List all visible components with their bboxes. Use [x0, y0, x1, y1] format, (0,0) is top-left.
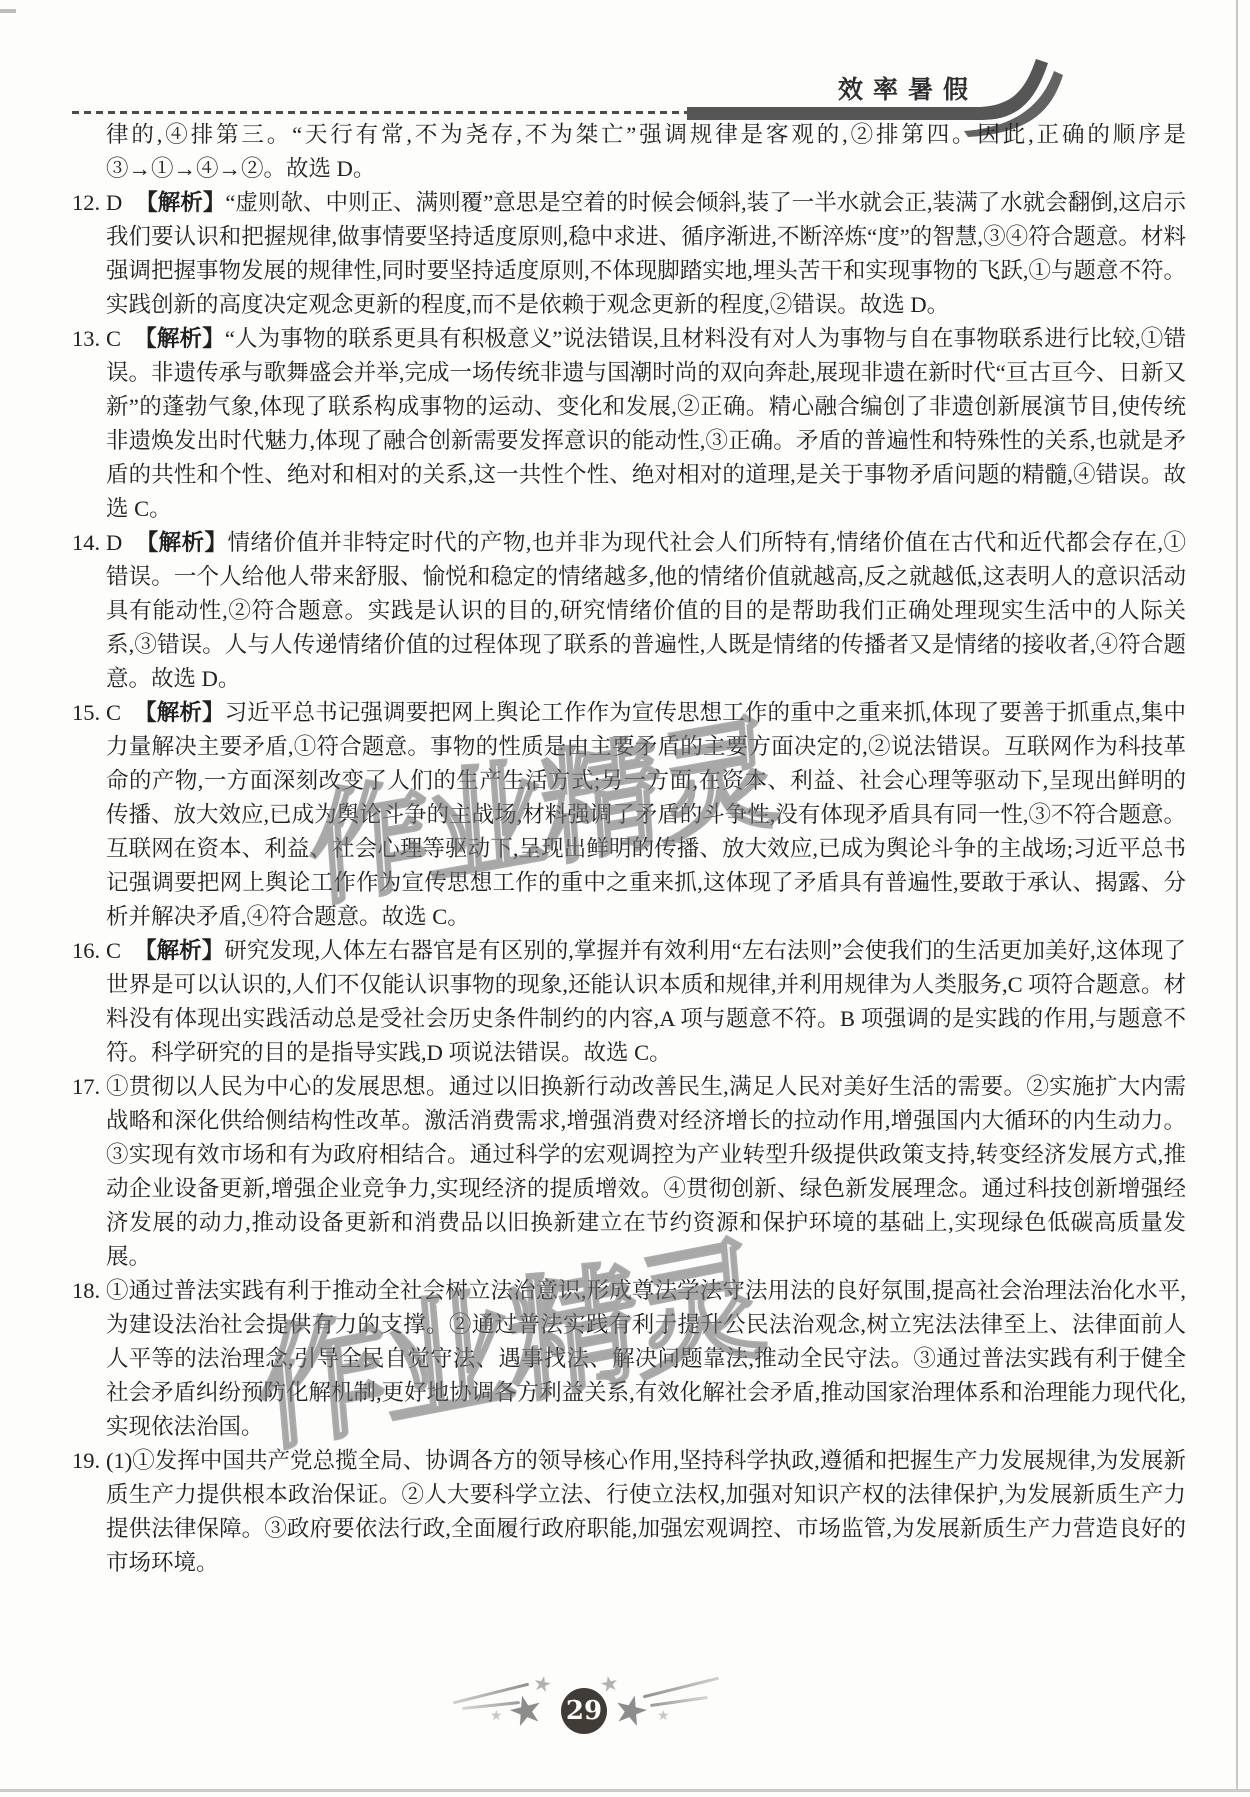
item-number: 12. [72, 186, 100, 220]
item-number: 13. [72, 322, 100, 356]
analysis-tag: 【解析】 [134, 700, 225, 725]
star-icon: ★ [490, 1708, 503, 1724]
item-number: 17. [72, 1070, 100, 1104]
header-title: 效率暑假 [838, 70, 978, 106]
analysis-tag: 【解析】 [134, 326, 225, 351]
page: 效率暑假 律的,④排第三。“天行有常,不为尧存,不为桀亡”强调规律是客观的,②排… [0, 0, 1250, 1797]
scan-edge-bottom [0, 1789, 1250, 1792]
page-number-badge: 29 [561, 1688, 607, 1734]
answer-item-14: 14.D【解析】情绪价值并非特定时代的产物,也并非为现代社会人们所特有,情绪价值… [72, 526, 1186, 696]
answer-letter: C [106, 326, 121, 351]
answer-item-12: 12.D【解析】“虚则欹、中则正、满则覆”意思是空着的时候会倾斜,装了一半水就会… [72, 186, 1186, 322]
analysis-tag: 【解析】 [135, 190, 225, 215]
answer-letter: D [106, 190, 122, 215]
scan-mark [0, 9, 16, 13]
answer-item-16: 16.C【解析】研究发现,人体左右器官是有区别的,掌握并有效利用“左右法则”会使… [72, 934, 1186, 1070]
answer-letter: C [106, 700, 121, 725]
scan-edge-right [1236, 0, 1238, 1792]
answer-text: 律的,④排第三。“天行有常,不为尧存,不为桀亡”强调规律是客观的,②排第四。因此… [106, 122, 1186, 181]
answer-item-13: 13.C【解析】“人为事物的联系更具有积极意义”说法错误,且材料没有对人为事物与… [72, 322, 1186, 526]
answer-text: 情绪价值并非特定时代的产物,也并非为现代社会人们所特有,情绪价值在古代和近代都会… [106, 530, 1186, 691]
continuation-paragraph: 律的,④排第三。“天行有常,不为尧存,不为桀亡”强调规律是客观的,②排第四。因此… [72, 118, 1186, 186]
item-number: 19. [72, 1444, 100, 1478]
item-number: 16. [72, 934, 100, 968]
star-icon: ★ [531, 1670, 554, 1697]
answer-text: “人为事物的联系更具有积极意义”说法错误,且材料没有对人为事物与自在事物联系进行… [106, 326, 1186, 521]
star-trail [643, 1677, 719, 1699]
answer-letter: D [106, 530, 122, 555]
item-number: 18. [72, 1274, 100, 1308]
star-icon: ★ [657, 1708, 670, 1724]
analysis-tag: 【解析】 [135, 530, 227, 555]
star-trail [650, 1696, 708, 1707]
star-icon: ★ [598, 1670, 621, 1697]
answer-text: 研究发现,人体左右器官是有区别的,掌握并有效利用“左右法则”会使我们的生活更加美… [106, 938, 1186, 1065]
item-number: 15. [72, 696, 100, 730]
analysis-tag: 【解析】 [134, 938, 224, 963]
page-number: 29 [566, 1696, 602, 1726]
answer-letter: C [106, 938, 121, 963]
item-number: 14. [72, 526, 100, 560]
answer-item-19: 19.(1)①发挥中国共产党总揽全局、协调各方的领导核心作用,坚持科学执政,遵循… [72, 1444, 1186, 1580]
answer-text: “虚则欹、中则正、满则覆”意思是空着的时候会倾斜,装了一半水就会正,装满了水就会… [106, 190, 1186, 317]
